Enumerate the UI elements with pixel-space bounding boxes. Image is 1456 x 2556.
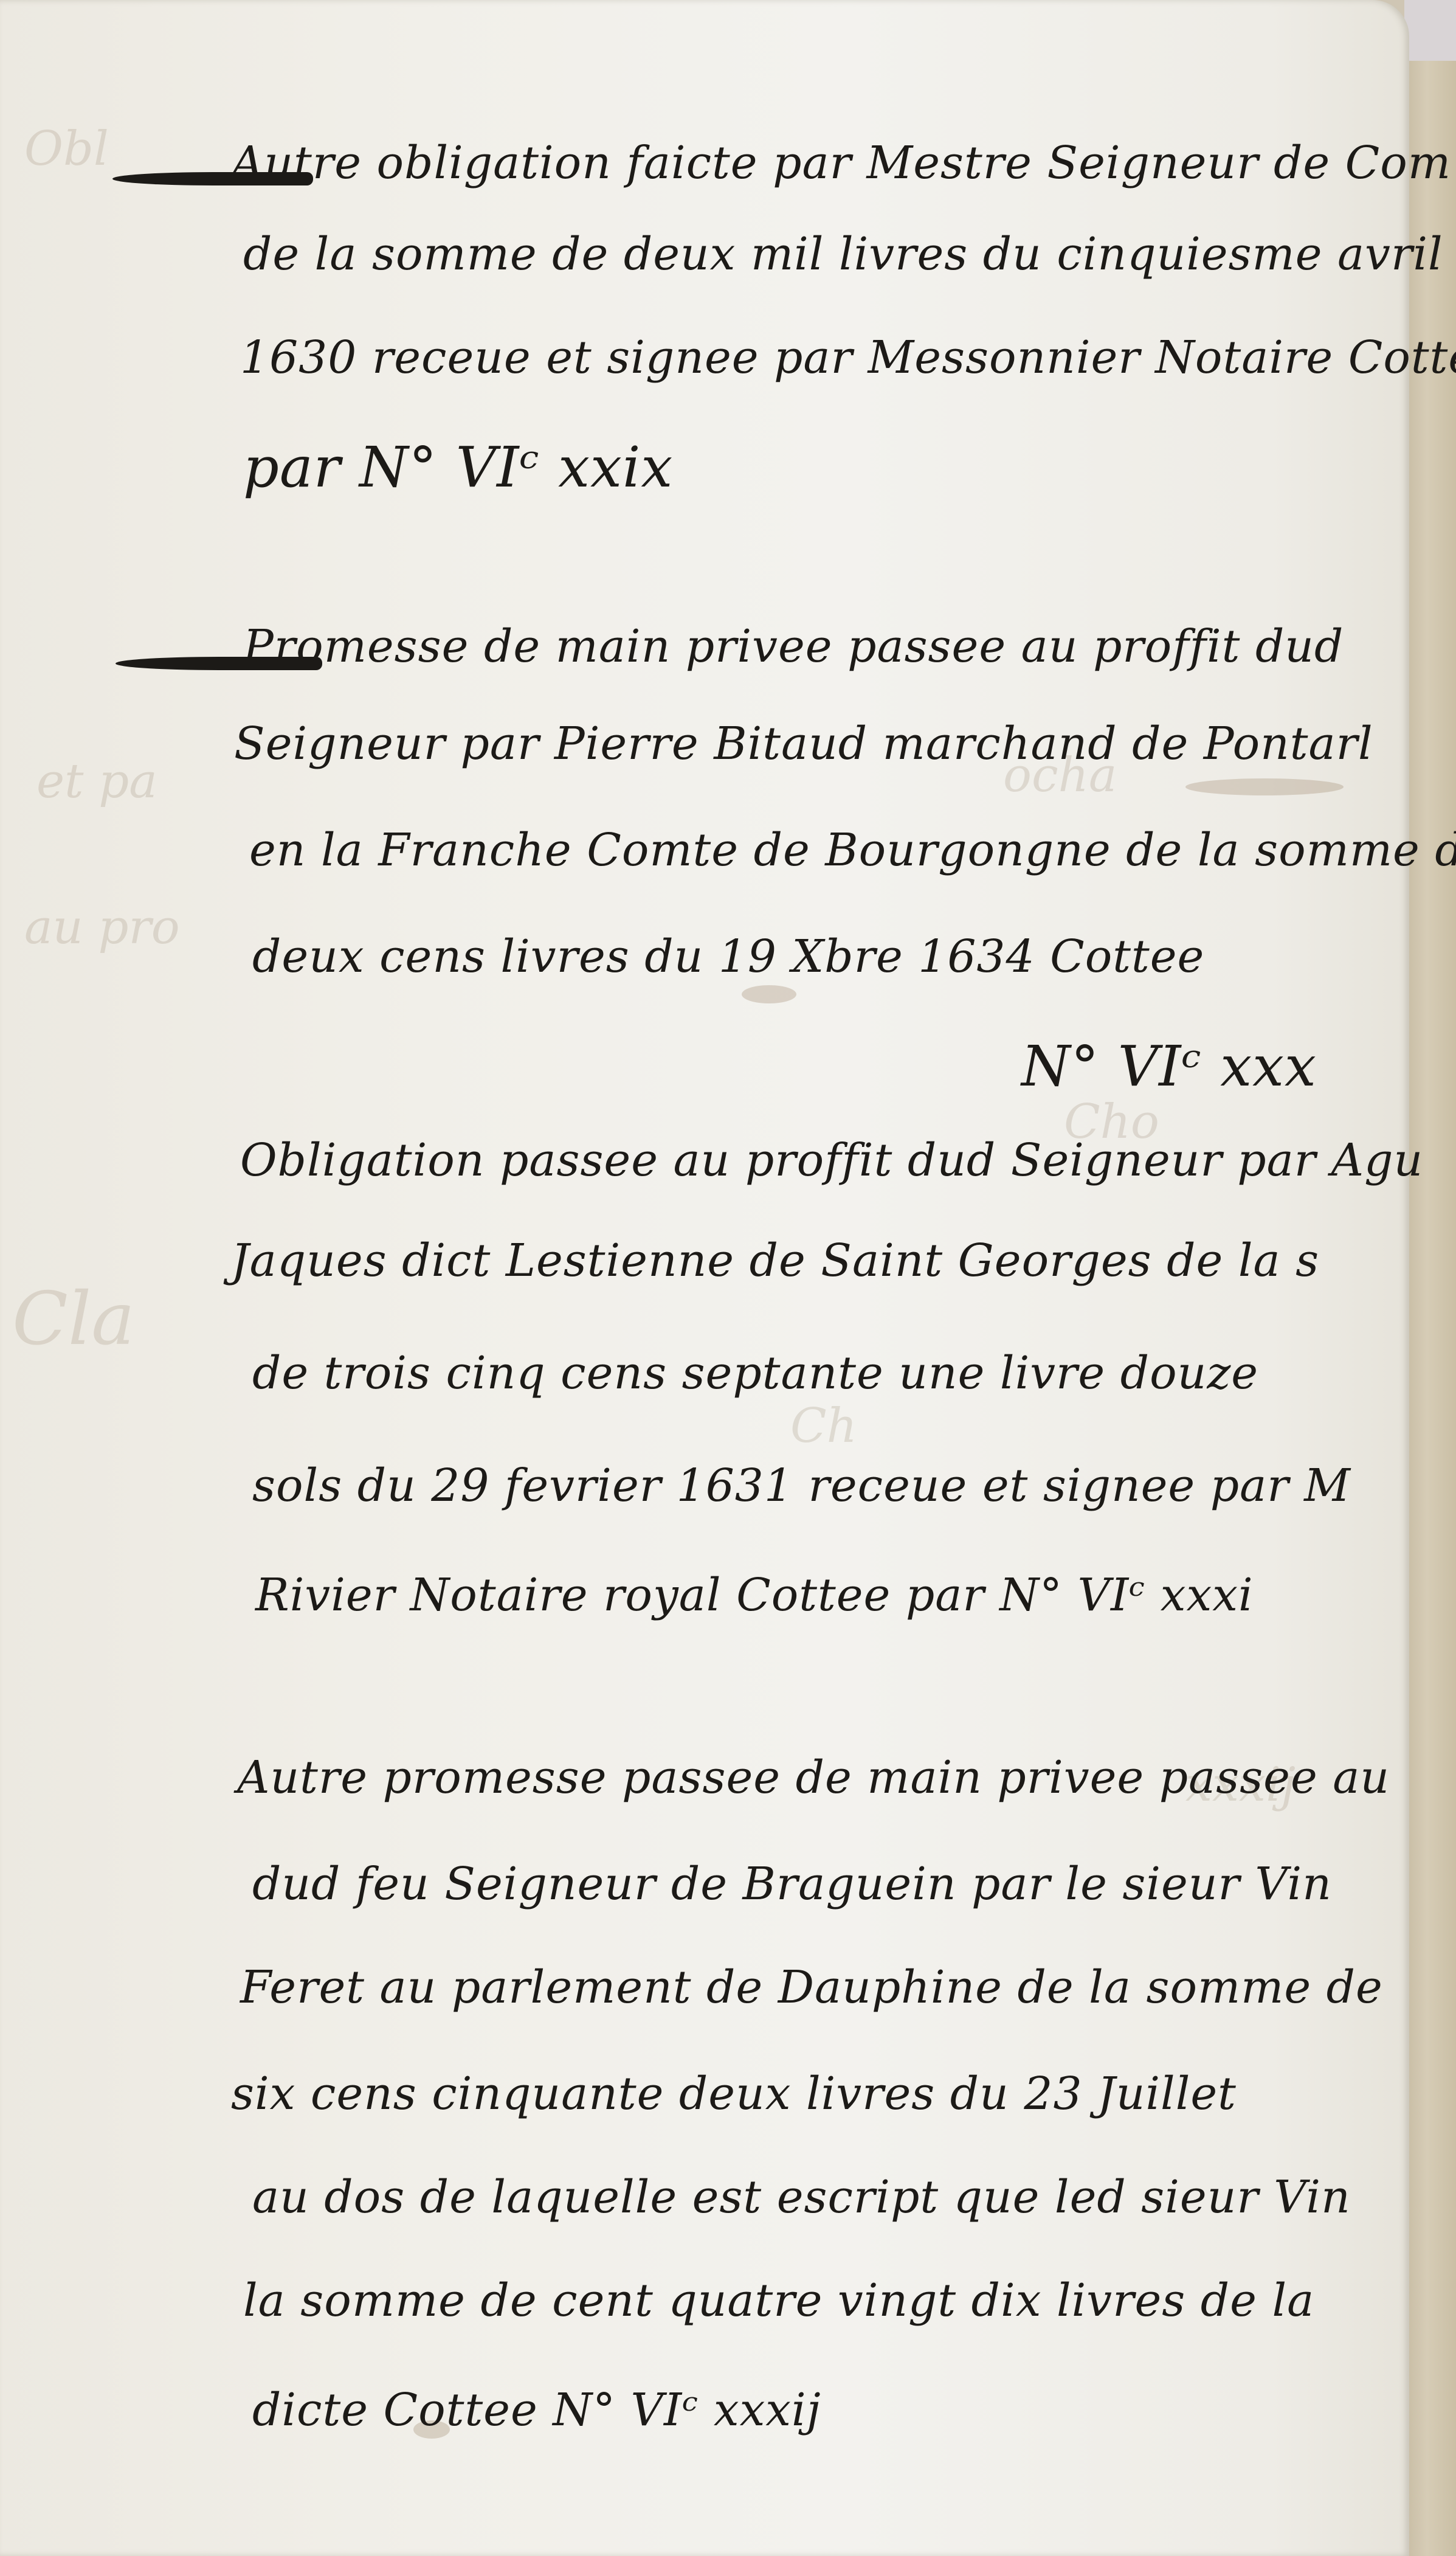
ink-stain xyxy=(742,985,796,1003)
entry-4-line-4: six cens cinquante deux livres du 23 Jui… xyxy=(231,2068,1237,2120)
entry-1-line-2: de la somme de deux mil livres du cinqui… xyxy=(243,228,1443,280)
entry-4-line-2: dud feu Seigneur de Braguein par le sieu… xyxy=(252,1858,1332,1910)
bleed-through-text: Obl xyxy=(24,122,109,176)
entry-2-line-4: deux cens livres du 19 Xbre 1634 Cottee xyxy=(252,930,1204,983)
bleed-through-text: Ch xyxy=(790,1399,857,1453)
underlying-page-edge xyxy=(1407,61,1456,2556)
entry-3-line-2: Jaques dict Lestienne de Saint Georges d… xyxy=(231,1235,1319,1287)
entry-3-line-5: Rivier Notaire royal Cottee par N° VIᶜ x… xyxy=(255,1569,1254,1621)
entry-3-line-1: Obligation passee au proffit dud Seigneu… xyxy=(240,1134,1423,1186)
entry-4-line-1: Autre promesse passee de main privee pas… xyxy=(237,1751,1390,1804)
entry-1-line-1: Autre obligation faicte par Mestre Seign… xyxy=(231,137,1451,189)
entry-4-line-3: Feret au parlement de Dauphine de la som… xyxy=(240,1961,1383,2014)
entry-3-line-4: sols du 29 fevrier 1631 receue et signee… xyxy=(252,1460,1351,1512)
entry-2-cote-number: N° VIᶜ xxx xyxy=(1021,1034,1317,1099)
entry-2-line-1: Promesse de main privee passee au proffi… xyxy=(243,620,1344,673)
ink-stain xyxy=(1185,778,1344,795)
bleed-through-text: Cla xyxy=(12,1277,135,1362)
manuscript-page: Obl et pa ocha Cho xxxij au pro Cla Ch A… xyxy=(0,0,1409,2556)
entry-4-line-5: au dos de laquelle est escript que led s… xyxy=(252,2171,1351,2223)
entry-4-line-6: la somme de cent quatre vingt dix livres… xyxy=(243,2274,1314,2327)
bleed-through-text: au pro xyxy=(24,900,180,955)
entry-2-line-3: en la Franche Comte de Bourgongne de la … xyxy=(249,824,1456,876)
background-surface xyxy=(1404,0,1456,61)
entry-1-line-3: 1630 receue et signee par Messonnier Not… xyxy=(240,331,1456,384)
entry-2-line-2: Seigneur par Pierre Bitaud marchand de P… xyxy=(234,718,1373,770)
entry-4-line-7: dicte Cottee N° VIᶜ xxxij xyxy=(252,2384,821,2436)
entry-1-cote-number: par N° VIᶜ xxix xyxy=(243,435,673,500)
bleed-through-text: et pa xyxy=(36,754,157,809)
entry-3-line-3: de trois cinq cens septante une livre do… xyxy=(252,1347,1258,1399)
